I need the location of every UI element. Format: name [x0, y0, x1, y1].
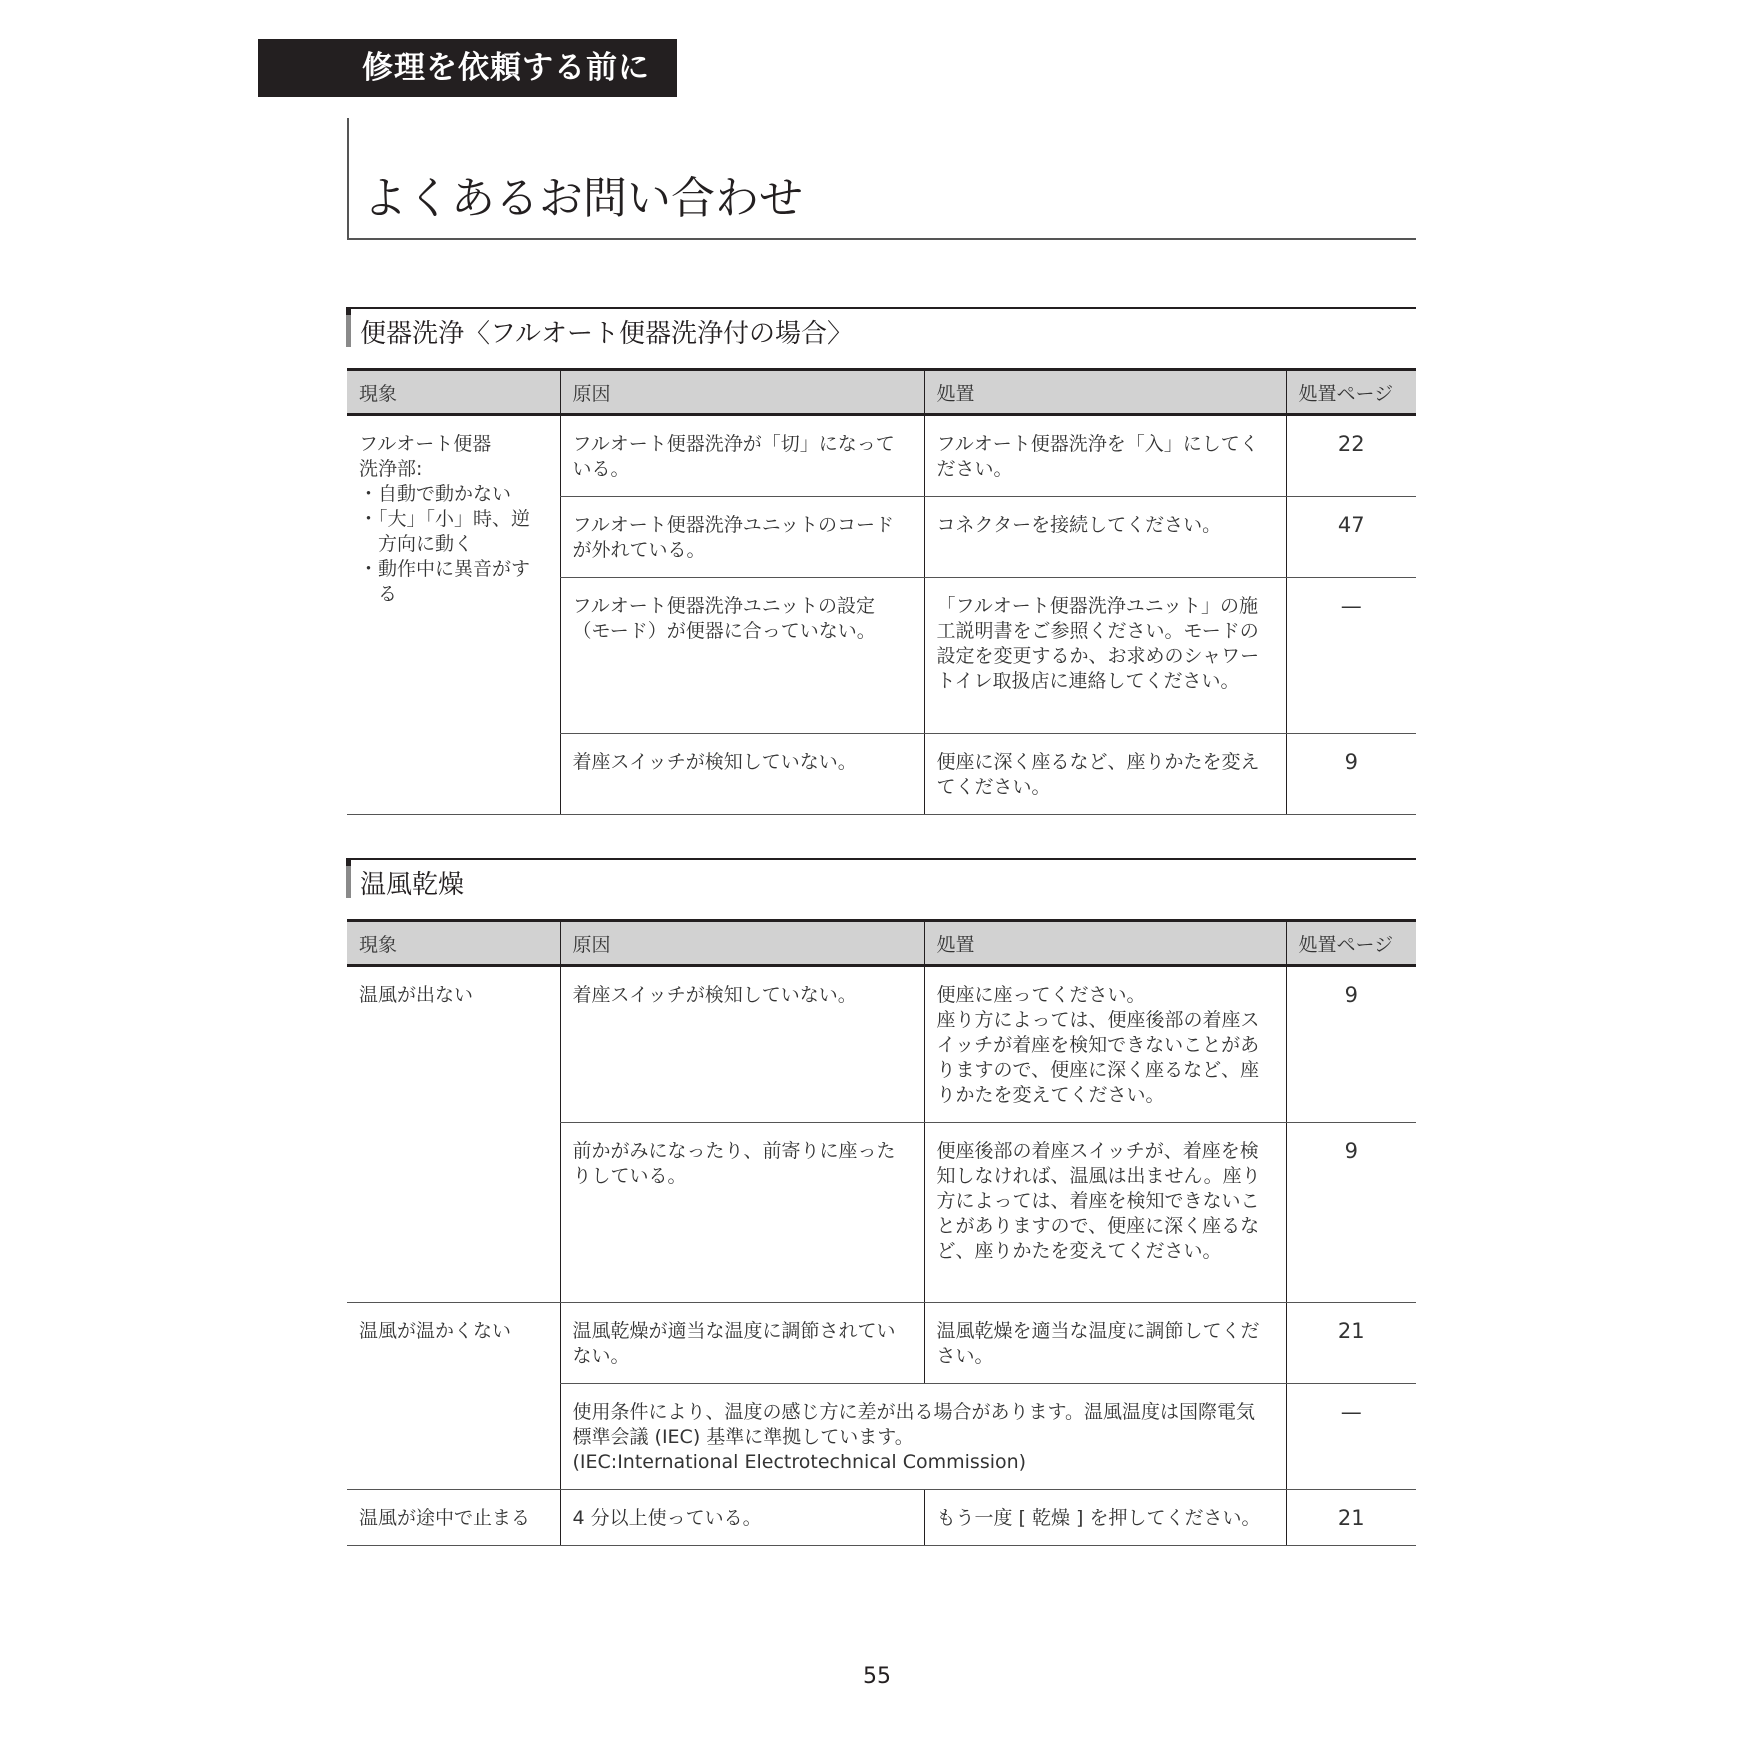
page-ref-cell: 22: [1286, 415, 1416, 497]
symptom-cell: フルオート便器 洗浄部: ・自動で動かない ・「大」「小」時、逆 方向に動く ・…: [347, 415, 560, 815]
symptom-cell: 温風が温かくない: [347, 1303, 560, 1490]
page-ref-cell: 21: [1286, 1490, 1416, 1546]
cause-cell: フルオート便器洗浄が「切」になっている。: [560, 415, 924, 497]
symptom-cell: 温風が途中で止まる: [347, 1490, 560, 1546]
chapter-tab: 修理を依頼する前に: [258, 39, 677, 97]
page-ref-cell: 21: [1286, 1303, 1416, 1384]
remedy-cell: 温風乾燥を適当な温度に調節してください。: [924, 1303, 1286, 1384]
cause-cell: フルオート便器洗浄ユニットのコードが外れている。: [560, 497, 924, 578]
page-ref-cell: —: [1286, 578, 1416, 734]
page-title: よくあるお問い合わせ: [363, 162, 803, 226]
section-title: 便器洗浄〈フルオート便器洗浄付の場合〉: [360, 313, 853, 350]
remedy-cell: コネクターを接続してください。: [924, 497, 1286, 578]
section-heading-warm-air-dry: 温風乾燥: [346, 858, 1416, 860]
column-header-symptom: 現象: [347, 370, 560, 415]
column-header-cause: 原因: [560, 921, 924, 966]
table-row: 温風が出ない 着座スイッチが検知していない。 便座に座ってください。 座り方によ…: [347, 966, 1416, 1123]
note-cell: 使用条件により、温度の感じ方に差が出る場合があります。温風温度は国際電気標準会議…: [560, 1384, 1286, 1490]
column-header-cause: 原因: [560, 370, 924, 415]
page-number: 55: [0, 1664, 1754, 1689]
table-row: 温風が温かくない 温風乾燥が適当な温度に調節されていない。 温風乾燥を適当な温度…: [347, 1303, 1416, 1384]
remedy-cell: フルオート便器洗浄を「入」にしてください。: [924, 415, 1286, 497]
faq-table-warm-air-dry: 現象 原因 処置 処置ページ 温風が出ない 着座スイッチが検知していない。 便座…: [347, 919, 1416, 1546]
remedy-cell: もう一度 [ 乾燥 ] を押してください。: [924, 1490, 1286, 1546]
remedy-cell: 便座に座ってください。 座り方によっては、便座後部の着座スイッチが着座を検知でき…: [924, 966, 1286, 1123]
remedy-cell: 「フルオート便器洗浄ユニット」の施工説明書をご参照ください。モードの設定を変更す…: [924, 578, 1286, 734]
column-header-remedy: 処置: [924, 921, 1286, 966]
column-header-page: 処置ページ: [1286, 921, 1416, 966]
column-header-page: 処置ページ: [1286, 370, 1416, 415]
faq-table-toilet-flush: 現象 原因 処置 処置ページ フルオート便器 洗浄部: ・自動で動かない ・「大…: [347, 368, 1416, 815]
cause-cell: 4 分以上使っている。: [560, 1490, 924, 1546]
table-header-row: 現象 原因 処置 処置ページ: [347, 921, 1416, 966]
page-ref-cell: —: [1286, 1384, 1416, 1490]
heading-marker: [346, 860, 351, 898]
column-header-remedy: 処置: [924, 370, 1286, 415]
page-ref-cell: 9: [1286, 734, 1416, 815]
table-row: フルオート便器 洗浄部: ・自動で動かない ・「大」「小」時、逆 方向に動く ・…: [347, 415, 1416, 497]
cause-cell: 温風乾燥が適当な温度に調節されていない。: [560, 1303, 924, 1384]
column-header-symptom: 現象: [347, 921, 560, 966]
remedy-cell: 便座後部の着座スイッチが、着座を検知しなければ、温風は出ません。座り方によっては…: [924, 1123, 1286, 1303]
remedy-cell: 便座に深く座るなど、座りかたを変えてください。: [924, 734, 1286, 815]
symptom-cell: 温風が出ない: [347, 966, 560, 1303]
page-ref-cell: 47: [1286, 497, 1416, 578]
section-heading-toilet-flush: 便器洗浄〈フルオート便器洗浄付の場合〉: [346, 307, 1416, 309]
page-title-frame: よくあるお問い合わせ: [347, 118, 1416, 240]
section-title: 温風乾燥: [360, 864, 464, 901]
table-header-row: 現象 原因 処置 処置ページ: [347, 370, 1416, 415]
page-ref-cell: 9: [1286, 966, 1416, 1123]
cause-cell: フルオート便器洗浄ユニットの設定（モード）が便器に合っていない。: [560, 578, 924, 734]
page-ref-cell: 9: [1286, 1123, 1416, 1303]
cause-cell: 前かがみになったり、前寄りに座ったりしている。: [560, 1123, 924, 1303]
heading-marker: [346, 309, 351, 347]
cause-cell: 着座スイッチが検知していない。: [560, 966, 924, 1123]
table-row: 温風が途中で止まる 4 分以上使っている。 もう一度 [ 乾燥 ] を押してくだ…: [347, 1490, 1416, 1546]
cause-cell: 着座スイッチが検知していない。: [560, 734, 924, 815]
